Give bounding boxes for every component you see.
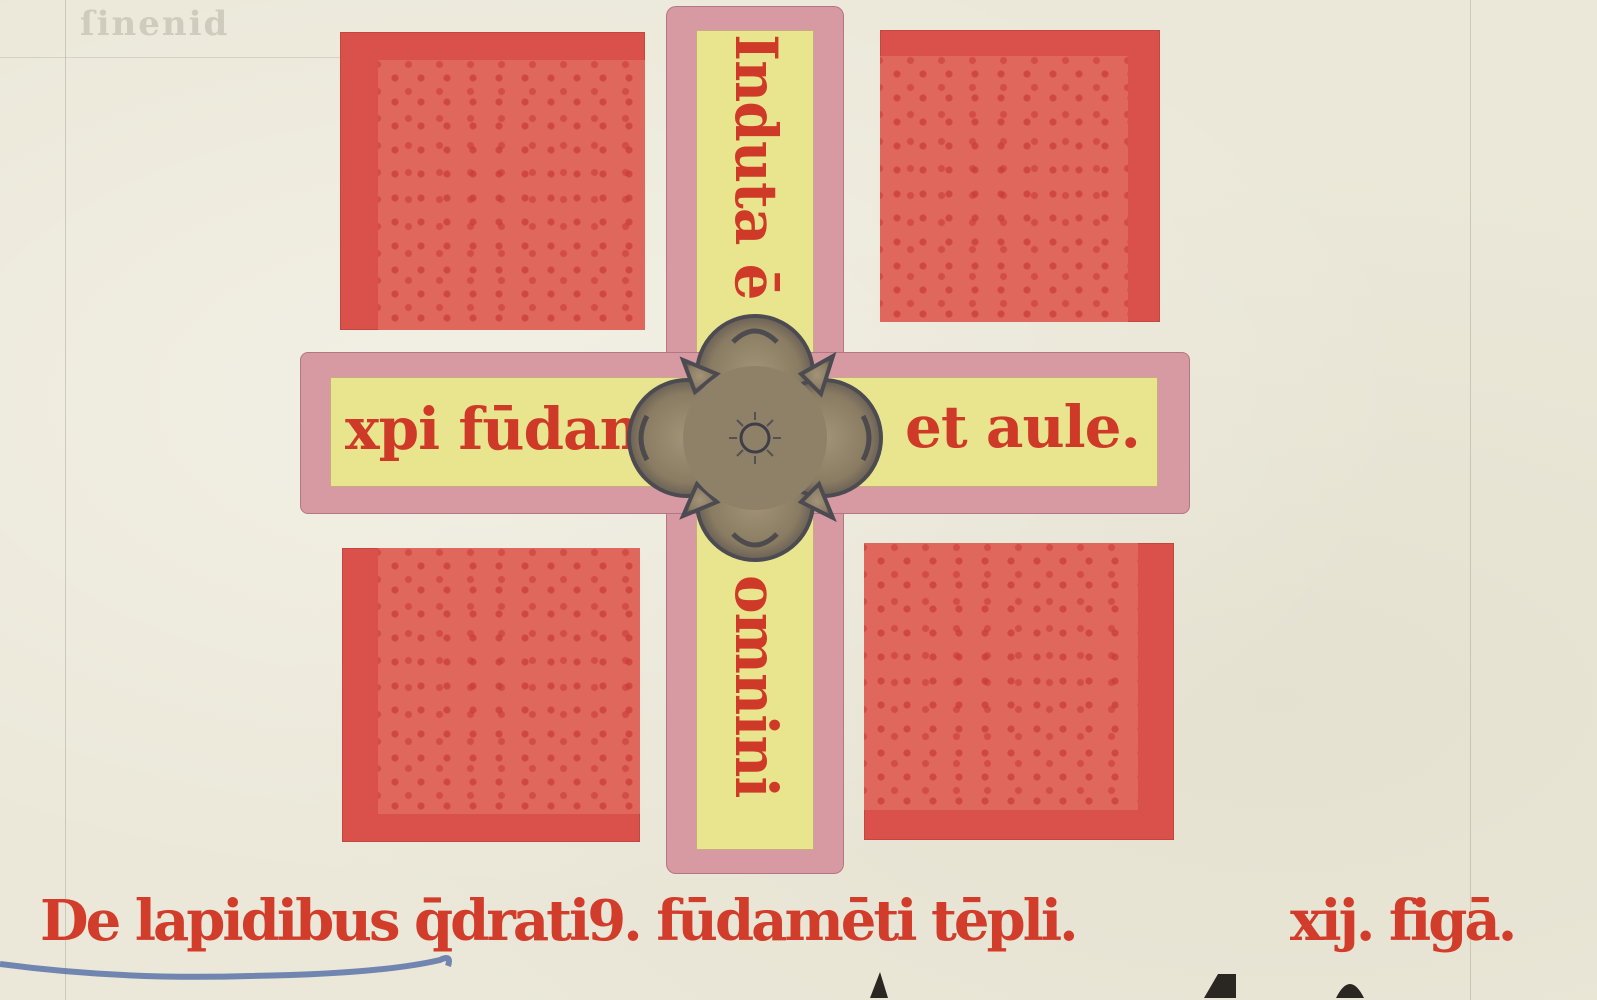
stone-face xyxy=(864,543,1138,810)
inscription-bottom-arm: omnini xyxy=(722,575,790,797)
rubric-figure-label: xij. figā. xyxy=(1290,888,1514,954)
text-fragment-icon xyxy=(1330,968,1370,1000)
inscription-top-arm: Induta ē xyxy=(722,34,790,300)
show-through-text: ſinenid xyxy=(80,4,229,44)
rosette-ornament-icon xyxy=(625,312,885,562)
ruling-line-right xyxy=(1470,0,1471,1000)
stone-square-top-left xyxy=(340,32,645,330)
inscription-right-arm: et aule. xyxy=(905,393,1140,461)
text-fragment-icon xyxy=(860,968,900,1000)
blue-penwork-flourish-icon xyxy=(0,950,460,990)
stone-face xyxy=(378,548,640,814)
stone-square-bottom-right xyxy=(864,543,1174,840)
stone-face xyxy=(880,56,1128,322)
stone-face xyxy=(378,60,645,330)
stone-square-bottom-left xyxy=(342,548,640,842)
manuscript-page: ſinenid Induta ē xpi fūdamē et aule. omn… xyxy=(0,0,1597,1000)
rubric-title: De lapidibus q̄drati9. fūdamēti tēpli. xyxy=(40,888,1076,954)
stone-square-top-right xyxy=(880,30,1160,322)
text-fragment-icon xyxy=(1200,968,1240,1000)
ruling-line-left xyxy=(65,0,66,1000)
